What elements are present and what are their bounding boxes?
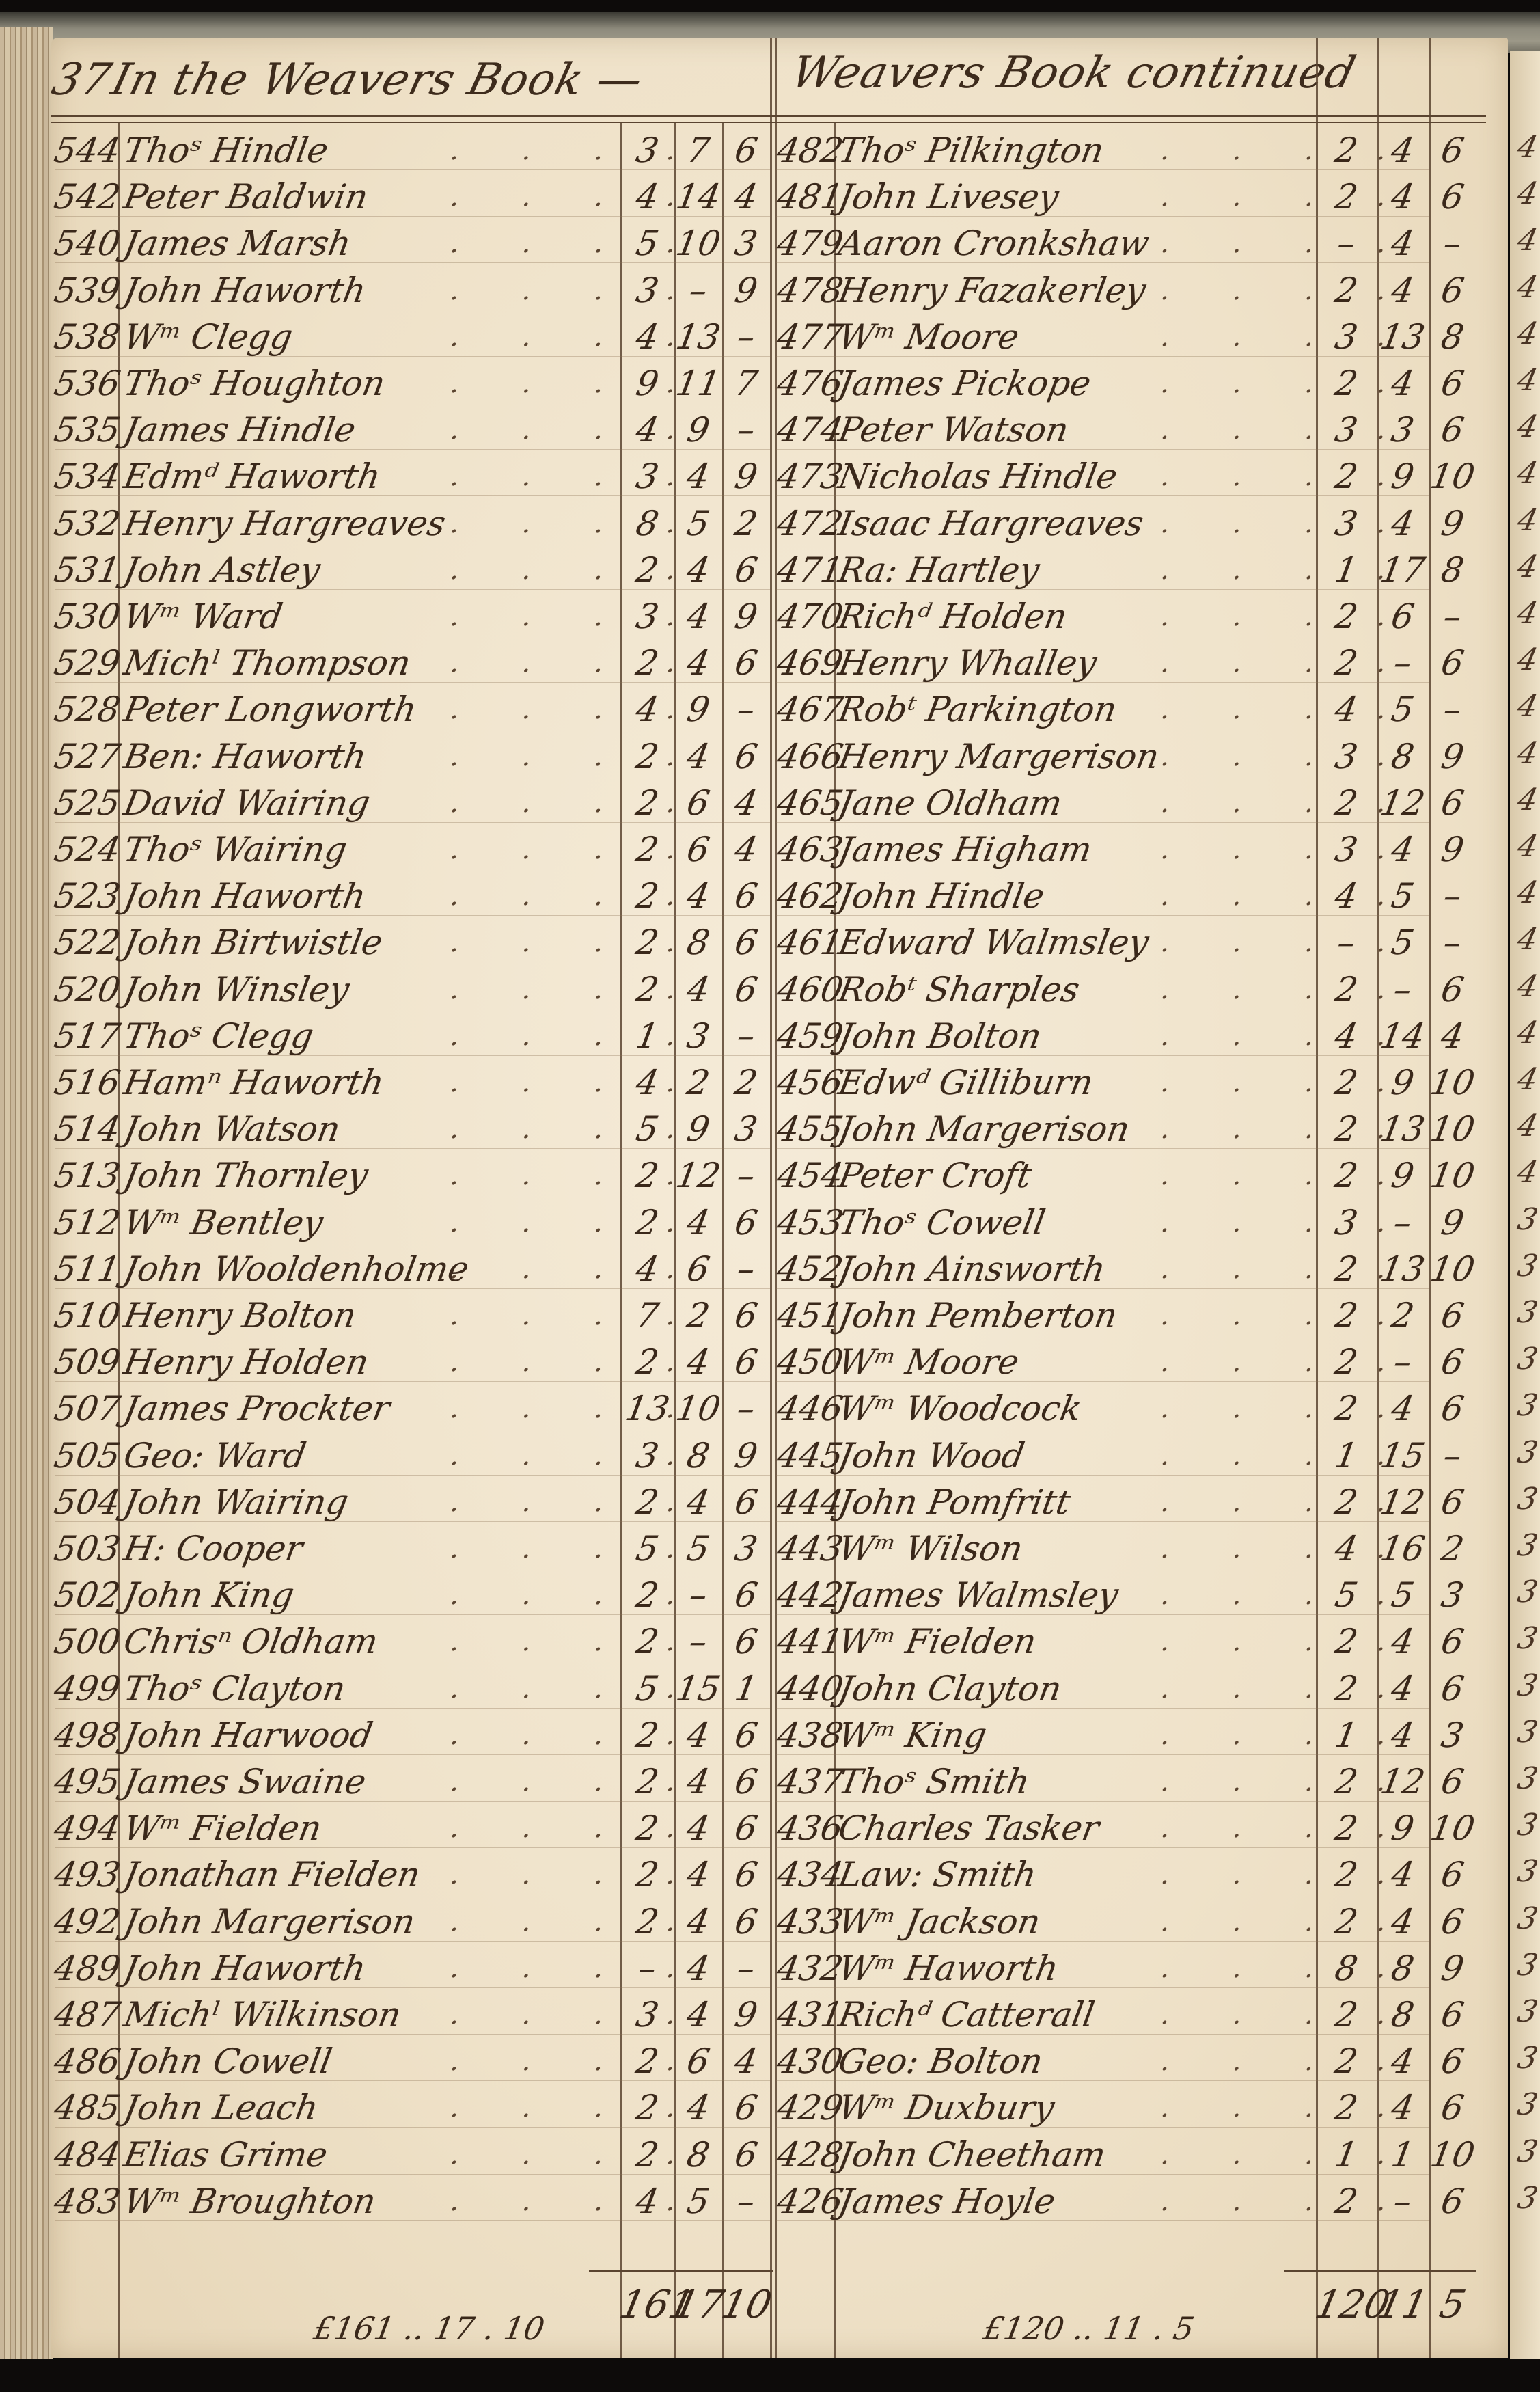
table-row: 460Robᵗ Sharples2–6. . . . (0, 969, 1540, 1010)
table-row: 438Wᵐ King143. . . . (0, 1715, 1540, 1756)
table-row: 443Wᵐ Wilson4162. . . . (0, 1528, 1540, 1569)
entry-number: 471 (774, 549, 847, 590)
entry-number: 460 (774, 969, 847, 1010)
entry-number: 431 (774, 1994, 847, 2035)
left-total-pence: 10 (717, 2283, 775, 2327)
leader-dots: . . . . (1158, 1808, 1418, 1849)
table-row: 432Wᵐ Haworth889. . . . (0, 1948, 1540, 1989)
entry-pence: 6 (1425, 969, 1481, 1010)
entry-pence: 6 (1425, 1761, 1481, 1802)
entry-pence: 6 (1425, 409, 1481, 450)
entry-pence: 2 (1425, 1528, 1481, 1569)
table-row: 479Aaron Cronkshaw–4–. . . . (0, 223, 1540, 264)
right-heading: Weavers Book continued (786, 48, 1361, 98)
entry-number: 434 (774, 1854, 847, 1895)
leader-dots: . . . . (1158, 783, 1418, 824)
entry-number: 470 (774, 596, 847, 637)
leader-dots: . . . . (1158, 1715, 1418, 1756)
table-row: 442James Walmsley553. . . . (0, 1575, 1540, 1616)
entry-number: 473 (774, 456, 847, 497)
entry-number: 432 (774, 1948, 847, 1989)
entry-number: 461 (774, 922, 847, 963)
table-row: 426James Hoyle2–6. . . . (0, 2181, 1540, 2222)
leader-dots: . . . . (1158, 270, 1418, 311)
entry-pence: – (1425, 875, 1481, 916)
entry-pence: 9 (1425, 1948, 1481, 1989)
leader-dots: . . . . (1158, 1854, 1418, 1895)
entry-number: 479 (774, 223, 847, 264)
entry-pence: 6 (1425, 1342, 1481, 1383)
table-row: 450Wᵐ Moore2–6. . . . (0, 1342, 1540, 1383)
entry-pence: 4 (1425, 1016, 1481, 1057)
entry-pence: 6 (1425, 1388, 1481, 1429)
leader-dots: . . . . (1158, 456, 1418, 497)
entry-pence: – (1425, 1435, 1481, 1476)
entry-pence: 10 (1425, 1109, 1481, 1150)
entry-number: 452 (774, 1249, 847, 1290)
table-row: 451John Pemberton226. . . . (0, 1295, 1540, 1336)
table-row: 472Isaac Hargreaves349. . . . (0, 503, 1540, 544)
table-row: 474Peter Watson336. . . . (0, 409, 1540, 450)
leader-dots: . . . . (1158, 1202, 1418, 1243)
leader-dots: . . . . (1158, 1668, 1418, 1709)
entry-number: 466 (774, 736, 847, 777)
entry-number: 443 (774, 1528, 847, 1569)
table-row: 430Geo: Bolton246. . . . (0, 2041, 1540, 2082)
entry-number: 440 (774, 1668, 847, 1709)
leader-dots: . . . . (1158, 1994, 1418, 2035)
left-total-pounds: 161 (616, 2283, 680, 2327)
entry-number: 462 (774, 875, 847, 916)
entry-number: 463 (774, 829, 847, 870)
table-row: 431Richᵈ Catterall286. . . . (0, 1994, 1540, 2035)
entry-number: 429 (774, 2087, 847, 2128)
entry-pence: 6 (1425, 2181, 1481, 2222)
leader-dots: . . . . (1158, 736, 1418, 777)
table-row: 441Wᵐ Fielden246. . . . (0, 1621, 1540, 1662)
left-heading: In the Weavers Book — (107, 55, 648, 105)
entry-pence: 6 (1425, 130, 1481, 171)
entry-pence: 9 (1425, 829, 1481, 870)
leader-dots: . . . . (1158, 1435, 1418, 1476)
entry-pence: 3 (1425, 1575, 1481, 1616)
table-row: 437Thoˢ Smith2126. . . . (0, 1761, 1540, 1802)
table-row: 469Henry Whalley2–6. . . . (0, 642, 1540, 683)
table-row: 477Wᵐ Moore3138. . . . (0, 316, 1540, 357)
background-bottom (0, 2359, 1540, 2392)
right-total-pounds: 120 (1311, 2283, 1381, 2327)
entry-pence: – (1425, 689, 1481, 730)
entry-number: 477 (774, 316, 847, 357)
leader-dots: . . . . (1158, 922, 1418, 963)
leader-dots: . . . . (1158, 176, 1418, 217)
table-row: 471Ra: Hartley1178. . . . (0, 549, 1540, 590)
entry-pence: 6 (1425, 1621, 1481, 1662)
leader-dots: . . . . (1158, 969, 1418, 1010)
entry-number: 478 (774, 270, 847, 311)
entry-number: 476 (774, 363, 847, 404)
entry-pence: 9 (1425, 503, 1481, 544)
leader-dots: . . . . (1158, 1295, 1418, 1336)
entry-number: 456 (774, 1062, 847, 1103)
entry-number: 482 (774, 130, 847, 171)
leader-dots: . . . . (1158, 1109, 1418, 1150)
entry-number: 469 (774, 642, 847, 683)
leader-dots: . . . . (1158, 2134, 1418, 2175)
table-row: 453Thoˢ Cowell3–9. . . . (0, 1202, 1540, 1243)
leader-dots: . . . . (1158, 642, 1418, 683)
leader-dots: . . . . (1158, 1388, 1418, 1429)
table-row: 454Peter Croft2910. . . . (0, 1155, 1540, 1196)
leader-dots: . . . . (1158, 1528, 1418, 1569)
table-row: 467Robᵗ Parkington45–. . . . (0, 689, 1540, 730)
left-total-rule (589, 2270, 773, 2272)
table-row: 436Charles Tasker2910. . . . (0, 1808, 1540, 1849)
leader-dots: . . . . (1158, 1016, 1418, 1057)
entry-pence: 10 (1425, 456, 1481, 497)
entry-number: 453 (774, 1202, 847, 1243)
entry-pence: 9 (1425, 736, 1481, 777)
leader-dots: . . . . (1158, 829, 1418, 870)
entry-pence: – (1425, 223, 1481, 264)
entry-pence: 8 (1425, 316, 1481, 357)
entry-number: 472 (774, 503, 847, 544)
entry-number: 446 (774, 1388, 847, 1429)
entry-pence: 6 (1425, 1482, 1481, 1523)
entry-number: 442 (774, 1575, 847, 1616)
table-row: 461Edward Walmsley–5–. . . . (0, 922, 1540, 963)
leader-dots: . . . . (1158, 1482, 1418, 1523)
leader-dots: . . . . (1158, 223, 1418, 264)
leader-dots: . . . . (1158, 1761, 1418, 1802)
table-row: 440John Clayton246. . . . (0, 1668, 1540, 1709)
entry-number: 430 (774, 2041, 847, 2082)
table-row: 452John Ainsworth21310. . . . (0, 1249, 1540, 1290)
entry-pence: 6 (1425, 176, 1481, 217)
leader-dots: . . . . (1158, 1621, 1418, 1662)
table-row: 481John Livesey246. . . . (0, 176, 1540, 217)
entry-number: 459 (774, 1016, 847, 1057)
table-row: 433Wᵐ Jackson246. . . . (0, 1901, 1540, 1942)
entry-pence: 6 (1425, 1854, 1481, 1895)
leader-dots: . . . . (1158, 875, 1418, 916)
entry-pence: 8 (1425, 549, 1481, 590)
leader-dots: . . . . (1158, 549, 1418, 590)
leader-dots: . . . . (1158, 363, 1418, 404)
entry-number: 467 (774, 689, 847, 730)
entry-number: 428 (774, 2134, 847, 2175)
table-row: 470Richᵈ Holden26–. . . . (0, 596, 1540, 637)
leader-dots: . . . . (1158, 2041, 1418, 2082)
leader-dots: . . . . (1158, 596, 1418, 637)
table-row: 482Thoˢ Pilkington246. . . . (0, 130, 1540, 171)
entry-pence: 6 (1425, 783, 1481, 824)
table-row: 463James Higham349. . . . (0, 829, 1540, 870)
leader-dots: . . . . (1158, 1948, 1418, 1989)
entry-pence: 6 (1425, 270, 1481, 311)
entry-number: 444 (774, 1482, 847, 1523)
entry-pence: 10 (1425, 1155, 1481, 1196)
entry-pence: 6 (1425, 2041, 1481, 2082)
entry-pence: 6 (1425, 1994, 1481, 2035)
table-row: 459John Bolton4144. . . . (0, 1016, 1540, 1057)
entry-number: 438 (774, 1715, 847, 1756)
entry-pence: 9 (1425, 1202, 1481, 1243)
leader-dots: . . . . (1158, 689, 1418, 730)
left-total-note: £161 .. 17 . 10 (311, 2310, 547, 2347)
table-row: 456Edwᵈ Gilliburn2910. . . . (0, 1062, 1540, 1103)
entry-pence: – (1425, 596, 1481, 637)
entry-number: 433 (774, 1901, 847, 1942)
leader-dots: . . . . (1158, 1155, 1418, 1196)
table-row: 429Wᵐ Duxbury246. . . . (0, 2087, 1540, 2128)
right-total-shillings: 11 (1372, 2283, 1433, 2327)
leader-dots: . . . . (1158, 2087, 1418, 2128)
table-row: 445John Wood115–. . . . (0, 1435, 1540, 1476)
table-row: 478Henry Fazakerley246. . . . (0, 270, 1540, 311)
entry-number: 426 (774, 2181, 847, 2222)
entry-pence: 10 (1425, 1808, 1481, 1849)
leader-dots: . . . . (1158, 503, 1418, 544)
entry-pence: 10 (1425, 2134, 1481, 2175)
table-row: 466Henry Margerison389. . . . (0, 736, 1540, 777)
entry-pence: 10 (1425, 1249, 1481, 1290)
entry-pence: 6 (1425, 1668, 1481, 1709)
entry-pence: 10 (1425, 1062, 1481, 1103)
table-row: 462John Hindle45–. . . . (0, 875, 1540, 916)
entry-number: 481 (774, 176, 847, 217)
entry-pence: 6 (1425, 363, 1481, 404)
leader-dots: . . . . (1158, 1249, 1418, 1290)
entry-number: 436 (774, 1808, 847, 1849)
right-total-note: £120 .. 11 . 5 (980, 2310, 1197, 2347)
header-rule-top (51, 115, 1486, 117)
entry-number: 455 (774, 1109, 847, 1150)
table-row: 473Nicholas Hindle2910. . . . (0, 456, 1540, 497)
entry-pence: – (1425, 922, 1481, 963)
leader-dots: . . . . (1158, 1901, 1418, 1942)
entry-pence: 6 (1425, 642, 1481, 683)
table-row: 446Wᵐ Woodcock246. . . . (0, 1388, 1540, 1429)
entry-number: 441 (774, 1621, 847, 1662)
entry-number: 465 (774, 783, 847, 824)
entry-number: 450 (774, 1342, 847, 1383)
table-row: 455John Margerison21310. . . . (0, 1109, 1540, 1150)
leader-dots: . . . . (1158, 409, 1418, 450)
leader-dots: . . . . (1158, 1062, 1418, 1103)
entry-number: 454 (774, 1155, 847, 1196)
leader-dots: . . . . (1158, 1342, 1418, 1383)
leader-dots: . . . . (1158, 1575, 1418, 1616)
entry-pence: 6 (1425, 2087, 1481, 2128)
entry-number: 474 (774, 409, 847, 450)
entry-pence: 6 (1425, 1901, 1481, 1942)
right-total-pence: 5 (1424, 2283, 1481, 2327)
table-row: 428John Cheetham1110. . . . (0, 2134, 1540, 2175)
leader-dots: . . . . (1158, 130, 1418, 171)
table-row: 476James Pickope246. . . . (0, 363, 1540, 404)
entry-number: 451 (774, 1295, 847, 1336)
right-total-rule (1284, 2270, 1476, 2272)
header-rule-bottom (51, 122, 1486, 123)
table-row: 465Jane Oldham2126. . . . (0, 783, 1540, 824)
entry-pence: 3 (1425, 1715, 1481, 1756)
entry-number: 437 (774, 1761, 847, 1802)
table-row: 444John Pomfritt2126. . . . (0, 1482, 1540, 1523)
leader-dots: . . . . (1158, 316, 1418, 357)
entry-number: 445 (774, 1435, 847, 1476)
entry-pence: 6 (1425, 1295, 1481, 1336)
leader-dots: . . . . (1158, 2181, 1418, 2222)
table-row: 434Law: Smith246. . . . (0, 1854, 1540, 1895)
